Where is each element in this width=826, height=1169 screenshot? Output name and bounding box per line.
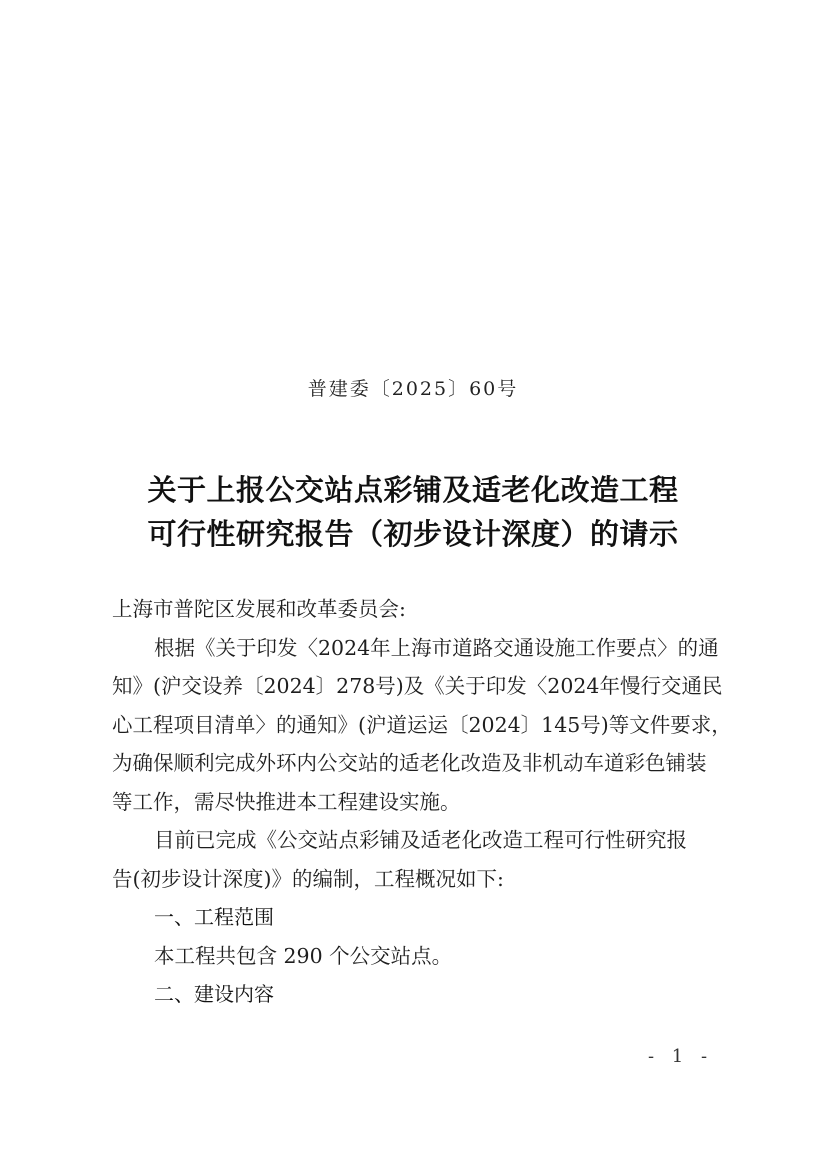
- title-line-1: 关于上报公交站点彩铺及适老化改造工程: [0, 468, 826, 512]
- section-1-text: 本工程共包含 290 个公交站点。: [112, 937, 732, 976]
- document-number: 普建委〔2025〕60号: [0, 374, 826, 401]
- paragraph-1-line-5: 等工作，需尽快推进本工程建设实施。: [112, 783, 732, 822]
- paragraph-2-line-1: 目前已完成《公交站点彩铺及适老化改造工程可行性研究报: [112, 821, 732, 860]
- section-2-heading: 二、建设内容: [112, 975, 732, 1014]
- document-page: 普建委〔2025〕60号 关于上报公交站点彩铺及适老化改造工程 可行性研究报告（…: [0, 0, 826, 1169]
- title-line-2: 可行性研究报告（初步设计深度）的请示: [0, 512, 826, 556]
- paragraph-1-line-2: 知》(沪交设养〔2024〕278号)及《关于印发〈2024年慢行交通民: [112, 667, 732, 706]
- paragraph-2-line-2: 告(初步设计深度)》的编制，工程概况如下:: [112, 860, 732, 899]
- addressee: 上海市普陀区发展和改革委员会:: [112, 590, 732, 629]
- document-title: 关于上报公交站点彩铺及适老化改造工程 可行性研究报告（初步设计深度）的请示: [0, 468, 826, 556]
- page-number: - 1 -: [648, 1046, 713, 1067]
- paragraph-1-line-1: 根据《关于印发〈2024年上海市道路交通设施工作要点〉的通: [112, 629, 732, 668]
- paragraph-1-line-4: 为确保顺利完成外环内公交站的适老化改造及非机动车道彩色铺装: [112, 744, 732, 783]
- document-body: 上海市普陀区发展和改革委员会: 根据《关于印发〈2024年上海市道路交通设施工作…: [112, 590, 732, 1014]
- paragraph-1-line-3: 心工程项目清单〉的通知》(沪道运运〔2024〕145号)等文件要求，: [112, 706, 732, 745]
- section-1-heading: 一、工程范围: [112, 898, 732, 937]
